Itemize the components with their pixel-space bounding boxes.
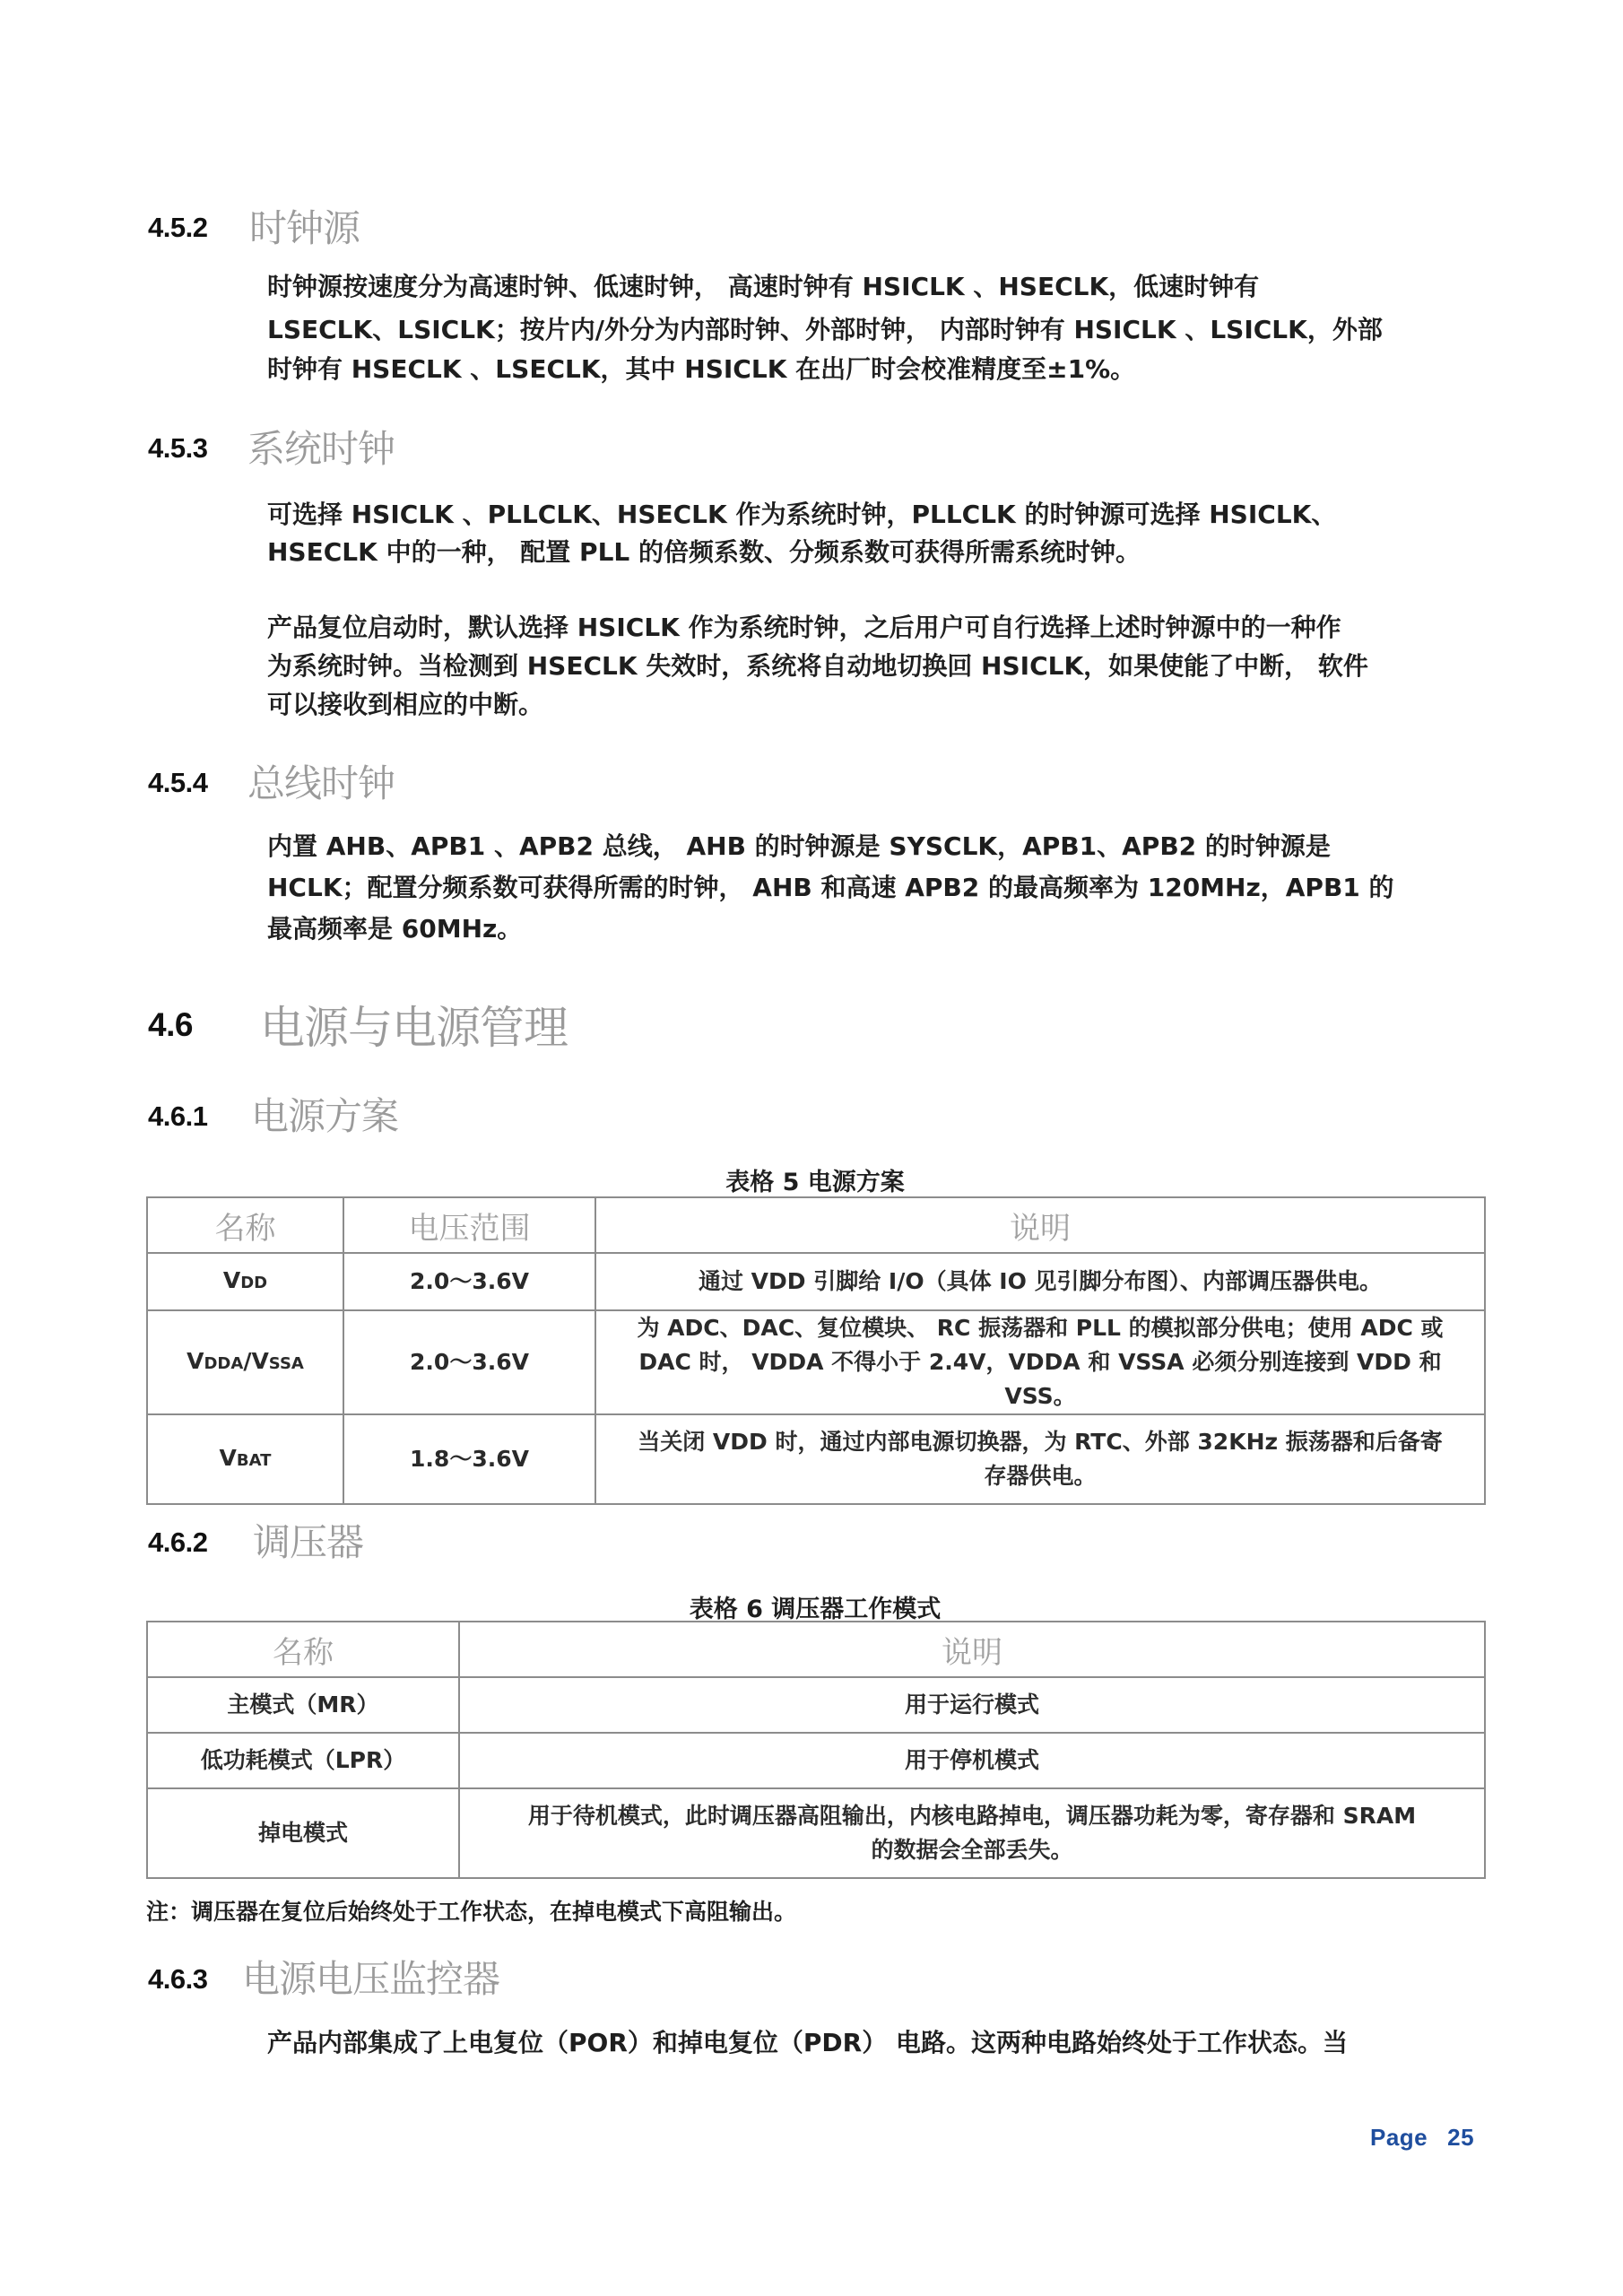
cell-description: 通过 VDD 引脚给 I/O（具体 IO 见引脚分布图）、内部调压器供电。	[595, 1253, 1485, 1310]
section-title-4-5-2: 时钟源	[249, 199, 360, 253]
section-title-4-6-2: 调压器	[253, 1513, 363, 1567]
regulator-note: 注：调压器在复位后始终处于工作状态，在掉电模式下高阻输出。	[146, 1894, 796, 1926]
column-header-description: 说明	[595, 1197, 1485, 1253]
paragraph-line: 时钟有 HSECLK 、LSECLK，其中 HSICLK 在出厂时会校准精度至±…	[267, 350, 1487, 389]
column-header-description: 说明	[459, 1622, 1485, 1677]
section-number-4-6-2: 4.6.2	[148, 1526, 207, 1559]
paragraph-line: 可以接收到相应的中断。	[267, 685, 1487, 724]
table-row: 低功耗模式（LPR） 用于停机模式	[147, 1733, 1485, 1788]
paragraph-line: 为系统时钟。当检测到 HSECLK 失效时，系统将自动地切换回 HSICLK，如…	[267, 647, 1487, 685]
table-header-row: 名称 说明	[147, 1622, 1485, 1677]
section-title-4-6-1: 电源方案	[251, 1087, 398, 1141]
paragraph-system-clock-2: 产品复位启动时，默认选择 HSICLK 作为系统时钟，之后用户可自行选择上述时钟…	[267, 608, 1487, 724]
paragraph-line: HCLK；配置分频系数可获得所需的时钟， AHB 和高速 APB2 的最高频率为…	[267, 867, 1487, 909]
cell-description: 为 ADC、DAC、复位模块、 RC 振荡器和 PLL 的模拟部分供电；使用 A…	[595, 1310, 1485, 1414]
section-number-4-6: 4.6	[148, 1006, 193, 1044]
cell-description: 用于停机模式	[459, 1733, 1485, 1788]
paragraph-bus-clock: 内置 AHB、APB1 、APB2 总线， AHB 的时钟源是 SYSCLK，A…	[267, 826, 1487, 950]
section-title-4-5-4: 总线时钟	[247, 754, 395, 808]
table-row: 主模式（MR） 用于运行模式	[147, 1677, 1485, 1733]
cell-name: VBAT	[147, 1414, 343, 1504]
paragraph-line: HSECLK 中的一种， 配置 PLL 的倍频系数、分频系数可获得所需系统时钟。	[267, 534, 1487, 571]
paragraph-line: 产品内部集成了上电复位（POR）和掉电复位（PDR） 电路。这两种电路始终处于工…	[267, 2023, 1487, 2063]
page-label: Page	[1370, 2124, 1428, 2151]
section-number-4-6-1: 4.6.1	[148, 1100, 207, 1133]
column-header-name: 名称	[147, 1622, 459, 1677]
table-caption-regulator-modes: 表格 6 调压器工作模式	[146, 1589, 1484, 1624]
table-caption-power-scheme: 表格 5 电源方案	[146, 1162, 1484, 1197]
regulator-modes-table: 名称 说明 主模式（MR） 用于运行模式 低功耗模式（LPR） 用于停机模式 掉…	[146, 1621, 1486, 1879]
cell-range: 1.8～3.6V	[343, 1414, 595, 1504]
cell-name: 低功耗模式（LPR）	[147, 1733, 459, 1788]
page-number: 25	[1447, 2124, 1474, 2151]
section-number-4-5-2: 4.5.2	[148, 212, 207, 244]
paragraph-line: 最高频率是 60MHz。	[267, 909, 1487, 950]
page-footer: Page25	[1370, 2124, 1474, 2152]
cell-name: 掉电模式	[147, 1788, 459, 1878]
section-number-4-5-3: 4.5.3	[148, 432, 207, 465]
table-row: VDDA/VSSA 2.0～3.6V 为 ADC、DAC、复位模块、 RC 振荡…	[147, 1310, 1485, 1414]
cell-name: VDD	[147, 1253, 343, 1310]
table-row: 掉电模式 用于待机模式，此时调压器高阻输出，内核电路掉电，调压器功耗为零，寄存器…	[147, 1788, 1485, 1878]
paragraph-line: 时钟源按速度分为高速时钟、低速时钟， 高速时钟有 HSICLK 、HSECLK，…	[267, 267, 1487, 307]
paragraph-clock-source: 时钟源按速度分为高速时钟、低速时钟， 高速时钟有 HSICLK 、HSECLK，…	[267, 267, 1487, 389]
table-row: VBAT 1.8～3.6V 当关闭 VDD 时，通过内部电源切换器，为 RTC、…	[147, 1414, 1485, 1504]
cell-range: 2.0～3.6V	[343, 1253, 595, 1310]
section-number-4-5-4: 4.5.4	[148, 767, 207, 799]
column-header-voltage-range: 电压范围	[343, 1197, 595, 1253]
power-scheme-table: 名称 电压范围 说明 VDD 2.0～3.6V 通过 VDD 引脚给 I/O（具…	[146, 1196, 1486, 1505]
column-header-name: 名称	[147, 1197, 343, 1253]
table-row: VDD 2.0～3.6V 通过 VDD 引脚给 I/O（具体 IO 见引脚分布图…	[147, 1253, 1485, 1310]
cell-name: VDDA/VSSA	[147, 1310, 343, 1414]
cell-name: 主模式（MR）	[147, 1677, 459, 1733]
paragraph-line: LSECLK、LSICLK；按片内/外分为内部时钟、外部时钟， 内部时钟有 HS…	[267, 310, 1487, 350]
table-header-row: 名称 电压范围 说明	[147, 1197, 1485, 1253]
cell-description: 用于待机模式，此时调压器高阻输出，内核电路掉电，调压器功耗为零，寄存器和 SRA…	[459, 1788, 1485, 1878]
paragraph-line: 产品复位启动时，默认选择 HSICLK 作为系统时钟，之后用户可自行选择上述时钟…	[267, 608, 1487, 647]
cell-range: 2.0～3.6V	[343, 1310, 595, 1414]
cell-description: 用于运行模式	[459, 1677, 1485, 1733]
section-number-4-6-3: 4.6.3	[148, 1963, 207, 1996]
section-title-4-6: 电源与电源管理	[260, 992, 568, 1057]
paragraph-voltage-monitor: 产品内部集成了上电复位（POR）和掉电复位（PDR） 电路。这两种电路始终处于工…	[267, 2023, 1487, 2063]
paragraph-line: 内置 AHB、APB1 、APB2 总线， AHB 的时钟源是 SYSCLK，A…	[267, 826, 1487, 867]
section-title-4-5-3: 系统时钟	[247, 420, 395, 474]
section-title-4-6-3: 电源电压监控器	[242, 1950, 499, 2004]
paragraph-system-clock-1: 可选择 HSICLK 、PLLCLK、HSECLK 作为系统时钟，PLLCLK …	[267, 496, 1487, 571]
cell-description: 当关闭 VDD 时，通过内部电源切换器，为 RTC、外部 32KHz 振荡器和后…	[595, 1414, 1485, 1504]
paragraph-line: 可选择 HSICLK 、PLLCLK、HSECLK 作为系统时钟，PLLCLK …	[267, 496, 1487, 534]
